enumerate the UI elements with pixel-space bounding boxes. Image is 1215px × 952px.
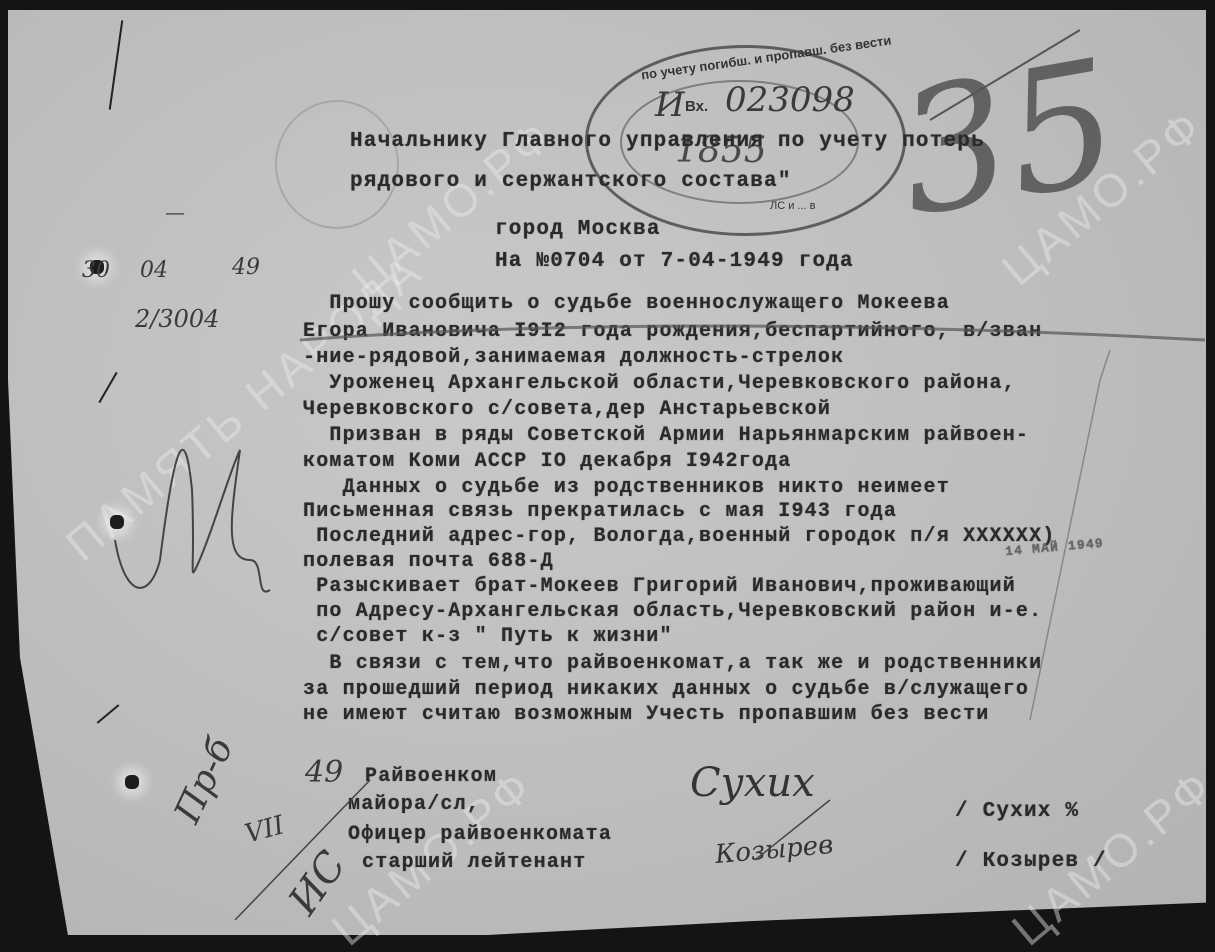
handwritten-strokes	[0, 0, 1215, 952]
